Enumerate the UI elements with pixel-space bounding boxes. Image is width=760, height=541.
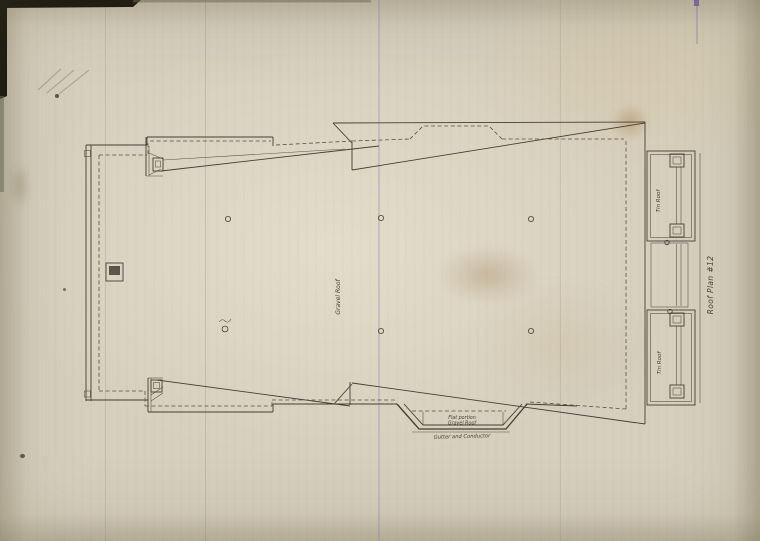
edge-vignette [0, 0, 760, 541]
scanned-roof-plan-sheet: Roof Plan #12 Tin Roof Tin Roof Gravel R… [0, 0, 760, 541]
